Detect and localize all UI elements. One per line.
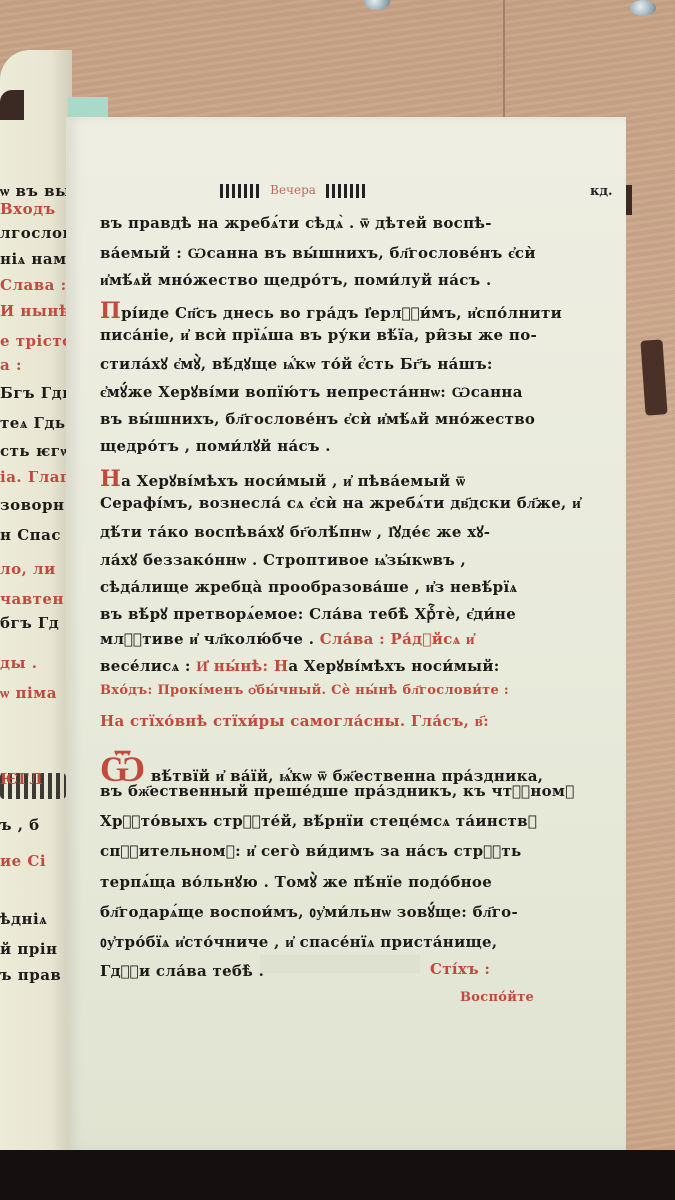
text-line: терпѧ́ща во́льнꙋю . Томꙋ̀ же пѣ́нїе подо…: [100, 872, 600, 892]
text-line: На стїхо́внѣ стїхи́ры самогла́сны. Гла́с…: [100, 712, 600, 731]
text-line: На Херꙋві́мѣхъ носи́мый , и҆ пѣва́емый ѿ: [100, 466, 600, 492]
text-segment: сѣда́лище жребца̀ прообразова́ше , и҆з н…: [100, 578, 517, 596]
headpiece-ornament-icon: [326, 184, 366, 198]
text-line: въ правдѣ на жребѧ́ти сѣдѧ̀ . ѿ дѣтей во…: [100, 214, 600, 233]
text-line: ва́емый : Ѡсанна въ вы́шнихъ, бл҃гослове…: [100, 244, 600, 263]
text-segment: спⷭ҇ительномꙋ: и҆ сего̀ ви́димъ за на́съ…: [100, 842, 521, 860]
text-segment: щедро́тъ , поми́лꙋй на́съ .: [100, 437, 331, 455]
left-page-fragment: Бгъ Гдь: [0, 384, 72, 402]
left-page-fragment: ъ прав: [0, 966, 72, 984]
text-segment: весе́лисѧ :: [100, 657, 191, 675]
left-page-fragment: сть ѥгѡ: [0, 442, 72, 461]
text-segment: дѣ́ти та́ко воспѣва́хꙋ бг҃олѣ́пнѡ , І҆ꙋд…: [100, 523, 490, 541]
left-page-fragment: ѡ въ вы: [0, 182, 72, 201]
left-page-fragment: іа. Глаг: [0, 468, 72, 486]
margin-rubric: Воспо́йте: [460, 990, 620, 1005]
left-page-fragment: ъ , б: [0, 816, 72, 834]
folio-number: кд.: [590, 184, 613, 199]
text-segment: є҆мꙋ́же Херꙋві́ми вопїю́тъ непреста́ннѡ:…: [100, 383, 523, 401]
screw-head-icon: [630, 0, 656, 16]
text-segment: млⷭ҇тиве и҆ чл҃колю́бче .: [100, 630, 314, 648]
text-line: Вхо́дъ: Прокі́менъ ѻ҆бы́чный. Сѐ ны́нѣ б…: [100, 680, 600, 698]
bookmark-tab: [68, 97, 108, 119]
text-segment: въ вы́шнихъ, бл҃гослове́нъ є҆сѝ и҆мѣ́ѧй …: [100, 410, 535, 428]
text-line: ᲂу҆тро́бїѧ и҆сто́чниче , и҆ спасе́нїѧ пр…: [100, 932, 600, 952]
left-page-fragment: бгъ Гд: [0, 614, 72, 632]
text-line: весе́лисѧ : И҆ ны́нѣ: На Херꙋві́мѣхъ нос…: [100, 656, 600, 676]
left-page-fragment: ды .: [0, 654, 72, 672]
margin-rubric: Сті́хъ :: [430, 960, 590, 978]
headpiece-ornament-icon: [220, 184, 260, 198]
text-line: млⷭ҇тиве и҆ чл҃колю́бче . Сла́ва : Ра́дꙋ…: [100, 630, 600, 649]
text-line: є҆мꙋ́же Херꙋві́ми вопїю́тъ непреста́ннѡ:…: [100, 382, 600, 402]
text-line: бл҃годарѧ́ще воспои́мъ, ᲂу҆ми́льнѡ зовꙋ́…: [100, 902, 600, 922]
left-page-fragment: ѣдніѧ: [0, 910, 72, 929]
text-segment: а Херꙋві́мѣхъ носи́мый:: [288, 657, 499, 675]
text-segment: въ правдѣ на жребѧ́ти сѣдѧ̀ . ѿ дѣтей во…: [100, 214, 492, 232]
text-segment: Гдⷭ҇и сла́ва тебѣ̀ .: [100, 962, 264, 980]
text-line: Хрⷭ҇то́выхъ стрⷭ҇те́й, вѣ́рнїи стеце́мсѧ…: [100, 812, 600, 831]
page-edge-mark: [626, 185, 632, 215]
left-page-fragment: ѤГЛ: [0, 770, 72, 788]
left-page-fragment: зоворн Гд: [0, 496, 72, 514]
left-page-fragment: ло, ли: [0, 560, 72, 578]
dark-floor: [0, 1150, 675, 1200]
running-header: Вечера: [220, 183, 580, 203]
left-page-fragment: а :: [0, 356, 72, 374]
text-segment: Хрⷭ҇то́выхъ стрⷭ҇те́й, вѣ́рнїи стеце́мсѧ…: [100, 812, 537, 830]
left-page-fragment: ие Сі: [0, 852, 72, 870]
text-segment: въ бж҃ественный преше́дше пра́здникъ, къ…: [100, 782, 575, 800]
left-page-fragment: Входъ: [0, 200, 72, 218]
text-line: щедро́тъ , поми́лꙋй на́съ .: [100, 436, 600, 456]
book-cover-edge: [0, 90, 24, 120]
text-segment: ла́хꙋ беззако́ннѡ . Строптивое ѩ҆зы́кѡвъ…: [100, 551, 466, 569]
text-line: Прі́иде Сп҃съ днесь во гра́дъ І҆ерлⷭ҇и́м…: [100, 298, 600, 324]
rubric-text: Сла́ва : Ра́дꙋйсѧ и҆: [314, 630, 475, 648]
text-line: Серафі́мъ, вознесла́ сѧ є҆сѝ на жребѧ́ти…: [100, 494, 600, 513]
text-segment: и҆мѣ́ѧй мно́жество щедро́тъ, поми́луй на…: [100, 271, 492, 289]
text-segment: стила́хꙋ є҆мꙋ̀, вѣ́дꙋще ѩ҆́кѡ то́й є҆́ст…: [100, 355, 493, 373]
text-segment: писа́ніе, и҆ всѝ прїѧ́ша въ ру́ки вѣ́їа,…: [100, 326, 537, 344]
left-page-fragment: теѧ Гдь: [0, 414, 72, 433]
text-line: сѣда́лище жребца̀ прообразова́ше , и҆з н…: [100, 578, 600, 597]
text-line: дѣ́ти та́ко воспѣва́хꙋ бг҃олѣ́пнѡ , І҆ꙋд…: [100, 522, 600, 542]
text-segment: ᲂу҆тро́бїѧ и҆сто́чниче , и҆ спасе́нїѧ пр…: [100, 933, 497, 951]
rubric-text: На стїхо́внѣ стїхи́ры самогла́сны. Гла́с…: [100, 712, 489, 730]
text-line: стила́хꙋ є҆мꙋ̀, вѣ́дꙋще ѩ҆́кѡ то́й є҆́ст…: [100, 354, 600, 374]
left-page-fragment: е трісто: [0, 332, 72, 350]
text-line: спⷭ҇ительномꙋ: и҆ сего̀ ви́димъ за на́съ…: [100, 842, 600, 861]
text-segment: ва́емый : Ѡсанна въ вы́шнихъ, бл҃гослове…: [100, 244, 536, 262]
text-segment: въ вѣ́рꙋ претворѧ́емое: Сла́ва тебѣ̀ Хрⷭ…: [100, 605, 516, 623]
text-line: въ вѣ́рꙋ претворѧ́емое: Сла́ва тебѣ̀ Хрⷭ…: [100, 604, 600, 624]
text-line: ла́хꙋ беззако́ннѡ . Строптивое ѩ҆зы́кѡвъ…: [100, 550, 600, 570]
left-page-fragment: лгословит: [0, 224, 72, 242]
running-title: Вечера: [270, 183, 316, 197]
left-page-fragment: ніѧ намъ: [0, 250, 72, 269]
rubric-text: Вхо́дъ: Прокі́менъ ѻ҆бы́чный. Сѐ ны́нѣ б…: [100, 683, 509, 698]
red-initial-letter: Н: [100, 466, 121, 492]
text-line: въ вы́шнихъ, бл҃гослове́нъ є҆сѝ и҆мѣ́ѧй …: [100, 410, 600, 429]
text-segment: а Херꙋві́мѣхъ носи́мый , и҆ пѣва́емый ѿ: [121, 472, 465, 490]
text-segment: терпѧ́ща во́льнꙋю . Томꙋ̀ же пѣ́нїе подо…: [100, 873, 492, 891]
text-line: писа́ніе, и҆ всѝ прїѧ́ша въ ру́ки вѣ́їа,…: [100, 326, 600, 345]
left-page-fragment: н Спас: [0, 526, 72, 544]
left-page-fragment: И нынѣ: [0, 302, 72, 320]
text-line: и҆мѣ́ѧй мно́жество щедро́тъ, поми́луй на…: [100, 271, 600, 290]
red-initial-letter: П: [100, 298, 121, 324]
text-segment: бл҃годарѧ́ще воспои́мъ, ᲂу҆ми́льнѡ зовꙋ́…: [100, 903, 518, 921]
left-page-fragment: й прін: [0, 940, 72, 958]
text-segment: Серафі́мъ, вознесла́ сѧ є҆сѝ на жребѧ́ти…: [100, 494, 581, 512]
left-page-fragment: чавтен: [0, 590, 72, 608]
text-segment: рі́иде Сп҃съ днесь во гра́дъ І҆ерлⷭ҇и́мъ…: [121, 304, 562, 322]
left-page-curled: ѡ въ выВходългословитніѧ намъСлава :И ны…: [0, 50, 72, 1180]
left-page-fragment: Слава :: [0, 276, 72, 294]
text-line: въ бж҃ественный преше́дше пра́здникъ, къ…: [100, 782, 600, 801]
rubric-text: И҆ ны́нѣ: Н: [191, 657, 289, 675]
left-page-fragment: ѡ піма: [0, 684, 72, 703]
